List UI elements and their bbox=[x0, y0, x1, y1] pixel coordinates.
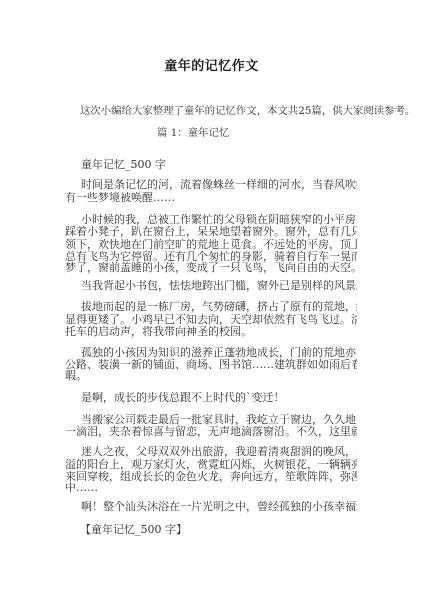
paragraph-line: 小时候的我，总被工作繁忙的父母锁在阴暗狭窄的小平房里。那时，我常常 bbox=[65, 214, 357, 226]
paragraph-line: 拔地而起的是一栋厂房，气势磅礴，挤占了原有的荒地，绿色掩映下的平房 bbox=[65, 301, 357, 313]
paragraph-line: 当搬家公司载走最后一批家具时，我屹立于窗边，久久地凝视着窗外的世界， bbox=[65, 414, 357, 426]
document-page: 童年的记忆作文 这次小编给大家整理了童年的记忆作文，本文共25篇，供大家阅读参考… bbox=[0, 0, 423, 600]
paragraph-line: 领下，欢快地在门前空旷的荒地上觅食。不远处的平房，顶上长满了绿色的植被， bbox=[65, 239, 357, 251]
paragraph-line: 一滴泪，夹杂着惊喜与留恋，无声地滴落窗沿。不久，这里就要被拆建了。 bbox=[65, 426, 357, 438]
paragraph-line: 中…… bbox=[65, 482, 357, 494]
paragraph-line: 梦了，窗前盖睡的小孩，变成了一只飞鸟，飞向自由的天空。 bbox=[65, 262, 357, 274]
paragraph-line: 是啊，成长的步伐总跟不上时代的`变迁！ bbox=[65, 392, 357, 404]
paragraph-line: 当我背起小书包，怯怯地跨出门槛，窗外已是别样的风景。 bbox=[65, 280, 357, 292]
document-title: 童年的记忆作文 bbox=[0, 55, 423, 74]
paragraph-line: 时间是条记忆的河，流着像蛛丝一样细的河水，当春风吹绿大地的时候，总 bbox=[65, 179, 357, 191]
paragraph-line: 托车的启动声，将我带向神圣的校园。 bbox=[65, 326, 357, 338]
paragraph-line: 溢的阳台上，观万家灯火，赏霓虹闪烁，火树银花，一辆辆亮着车灯的豪华轿车 bbox=[65, 459, 357, 471]
essay-subtitle: 童年记忆_500 字 bbox=[65, 159, 357, 171]
closing-tag: 【童年记忆_500 字】 bbox=[80, 524, 372, 536]
paragraph-line: 啊！整个汕头沐浴在一片光明之中，曾经孤独的小孩幸福地笑了！ bbox=[65, 501, 357, 513]
intro-text: 这次小编给大家整理了童年的记忆作文，本文共25篇，供大家阅读参考。 bbox=[80, 102, 360, 117]
paragraph-line: 显得更矮了。小鸡早已不知去向，天空却依然有飞鸟飞过。清脆的鸟鸣伴随着摩 bbox=[65, 314, 357, 326]
paragraph-line: 迷人之夜，父母双双外出旅游，我迎着清爽甜润的晚风，伫立在自家花香四 bbox=[65, 446, 357, 458]
paragraph-line: 暇。 bbox=[65, 370, 357, 382]
section-heading: 篇 1：童年记忆 bbox=[157, 124, 229, 139]
paragraph-line: 有一些梦境被唤醒…… bbox=[65, 192, 357, 204]
paragraph-line: 孤独的小孩因为知识的滋养正蓬勃地成长，门前的荒地亦日新月异中：柏油 bbox=[65, 347, 357, 359]
paragraph-line: 踩着小凳子，趴在窗台上，呆呆地望着窗外。窗外，总有几只小鸡在老母鸡的带 bbox=[65, 226, 357, 238]
